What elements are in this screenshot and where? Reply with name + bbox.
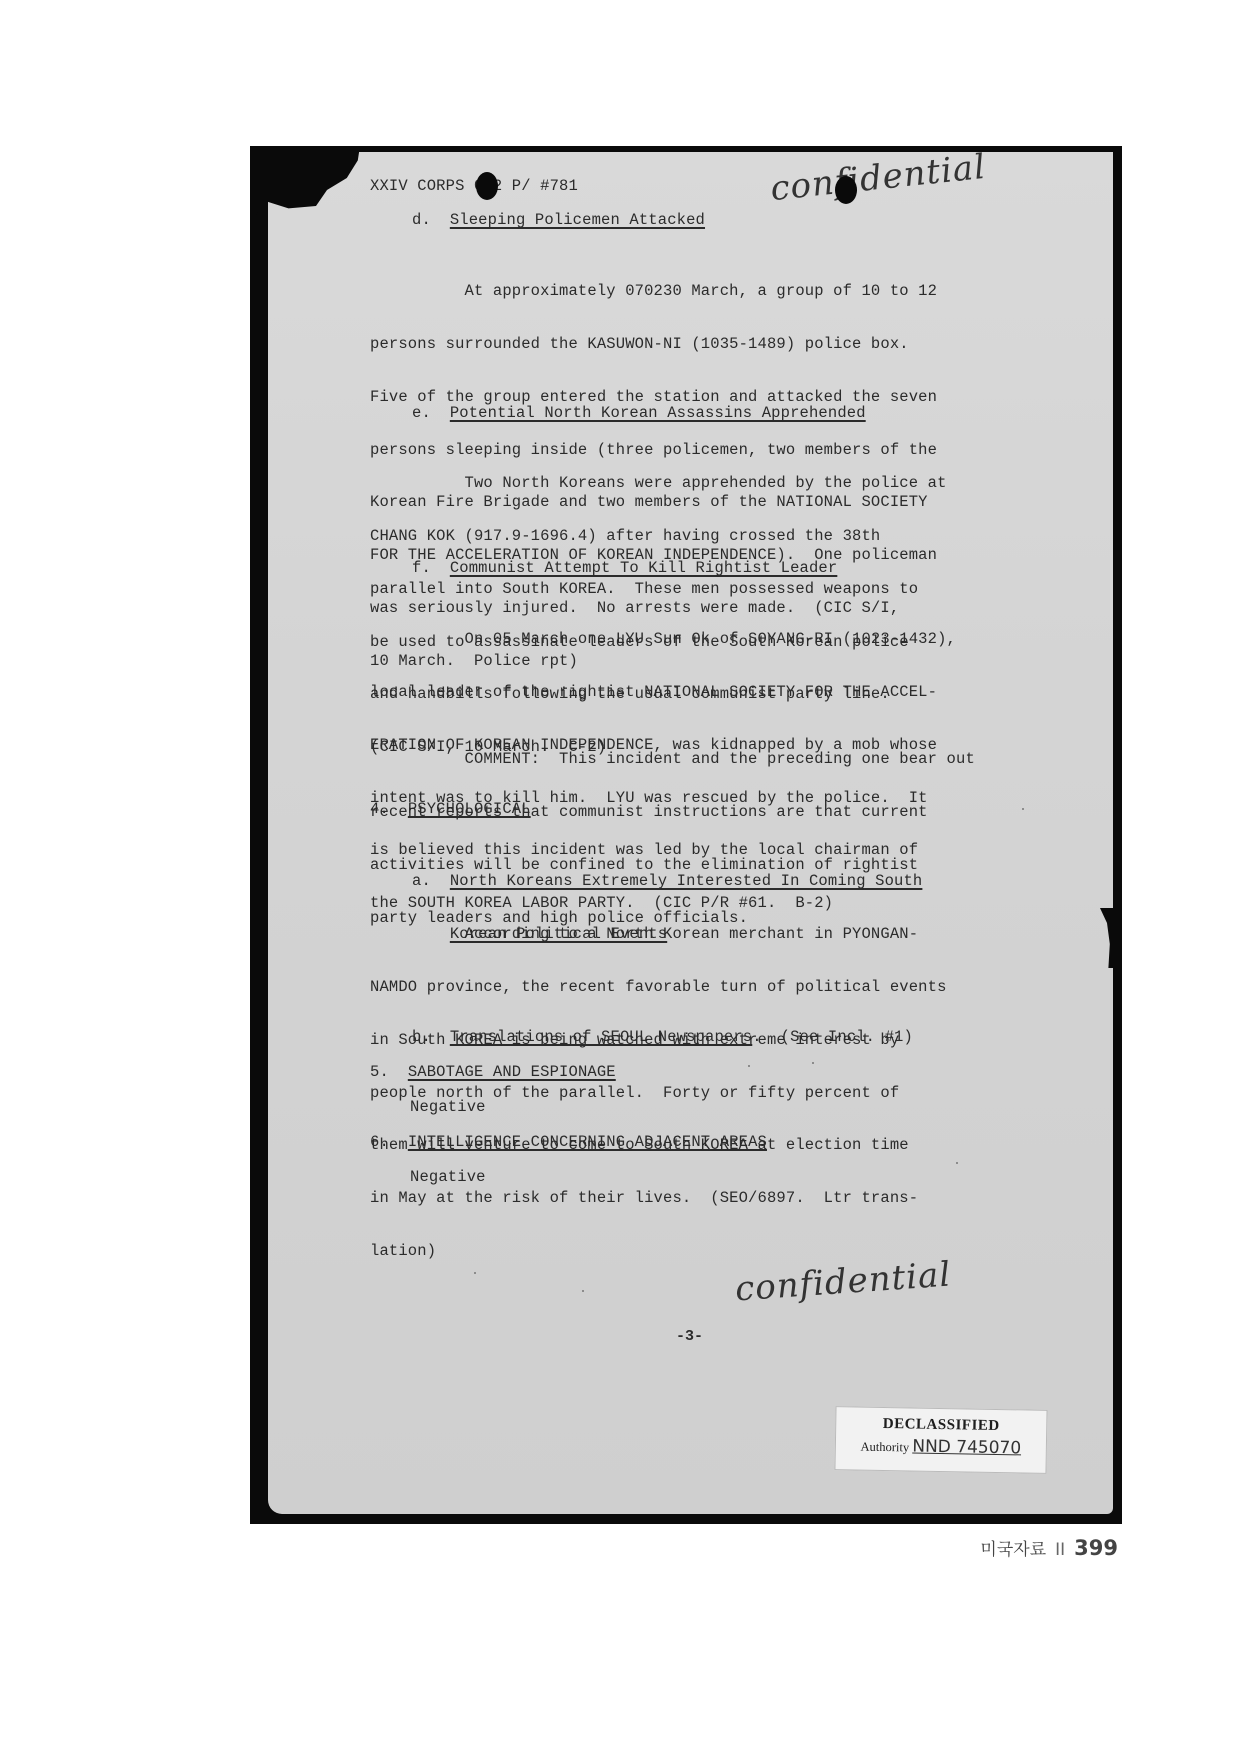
section-5-body: Negative xyxy=(410,1099,486,1117)
punch-hole-icon xyxy=(835,176,857,204)
section-d-heading: d. Sleeping Policemen Attacked xyxy=(412,212,705,230)
punch-hole-icon xyxy=(476,172,498,200)
section-marker: 4. xyxy=(370,800,389,818)
scan-speck xyxy=(812,1062,814,1064)
section-title: North Koreans Extremely Interested In Co… xyxy=(450,872,923,890)
text-line: local leader of the rightist NATIONAL SO… xyxy=(370,684,956,702)
text-line: COMMENT: This incident and the preceding… xyxy=(370,751,975,769)
section-5-heading: 5. SABOTAGE AND ESPIONAGE xyxy=(370,1064,616,1082)
text-line: lation) xyxy=(370,1243,947,1261)
authority-number: NND 745070 xyxy=(912,1437,1021,1459)
scan-speck xyxy=(748,1065,750,1067)
section-marker: b. xyxy=(412,1028,431,1046)
footer-separator: II xyxy=(1055,1540,1065,1560)
text-line: Two North Koreans were apprehended by th… xyxy=(370,475,947,493)
text-line: persons surrounded the KASUWON-NI (1035-… xyxy=(370,336,937,354)
section-4b-heading: b. Translations of SEOUL Newspapers. (Se… xyxy=(412,1029,913,1047)
section-title: Translations of SEOUL Newspapers xyxy=(450,1028,752,1046)
text-line: According to a North Korean merchant in … xyxy=(370,926,947,944)
scan-speck xyxy=(1022,808,1024,810)
section-title: Sleeping Policemen Attacked xyxy=(450,211,705,229)
footer-page-number: 399 xyxy=(1074,1536,1118,1560)
document-header: XXIV CORPS G-2 P/ #781 xyxy=(370,178,578,196)
section-reference: . (See Incl. #1) xyxy=(752,1028,913,1046)
section-4a-body: According to a North Korean merchant in … xyxy=(370,891,947,1278)
section-6-body: Negative xyxy=(410,1169,486,1187)
section-title: INTELLIGENCE CONCERNING ADJACENT AREAS xyxy=(408,1133,767,1151)
scan-speck xyxy=(582,1290,584,1292)
scan-speck xyxy=(956,1162,958,1164)
text-line: CHANG KOK (917.9-1696.4) after having cr… xyxy=(370,528,947,546)
section-marker: e. xyxy=(412,404,431,422)
text-line: NAMDO province, the recent favorable tur… xyxy=(370,979,947,997)
section-title: PSYCHOLOGICAL xyxy=(408,800,531,818)
section-marker: f. xyxy=(412,559,431,577)
section-title: Communist Attempt To Kill Rightist Leade… xyxy=(450,559,838,577)
declassified-stamp: DECLASSIFIED Authority NND 745070 xyxy=(834,1406,1047,1474)
section-marker: 6. xyxy=(370,1133,389,1151)
authority-label: Authority xyxy=(860,1440,909,1455)
section-marker: a. xyxy=(412,872,431,890)
scan-speck xyxy=(474,1272,476,1274)
footer-label: 미국자료 xyxy=(980,1540,1046,1560)
text-line: On 05 March one LYU Sun Ok of SOYANG-RI … xyxy=(370,631,956,649)
book-footer: 미국자료II399 xyxy=(980,1535,1118,1560)
page-number: -3- xyxy=(676,1328,703,1345)
section-4-heading: 4. PSYCHOLOGICAL xyxy=(370,801,531,819)
section-title: SABOTAGE AND ESPIONAGE xyxy=(408,1063,616,1081)
section-f-heading: f. Communist Attempt To Kill Rightist Le… xyxy=(412,560,837,578)
section-title: Potential North Korean Assassins Apprehe… xyxy=(450,404,866,422)
section-e-heading: e. Potential North Korean Assassins Appr… xyxy=(412,405,866,423)
text-line: At approximately 070230 March, a group o… xyxy=(370,283,937,301)
stamp-authority: Authority NND 745070 xyxy=(836,1435,1046,1459)
section-6-heading: 6. INTELLIGENCE CONCERNING ADJACENT AREA… xyxy=(370,1134,767,1152)
text-line: in May at the risk of their lives. (SEO/… xyxy=(370,1190,947,1208)
section-marker: d. xyxy=(412,211,431,229)
section-marker: 5. xyxy=(370,1063,389,1081)
stamp-title: DECLASSIFIED xyxy=(836,1415,1046,1436)
